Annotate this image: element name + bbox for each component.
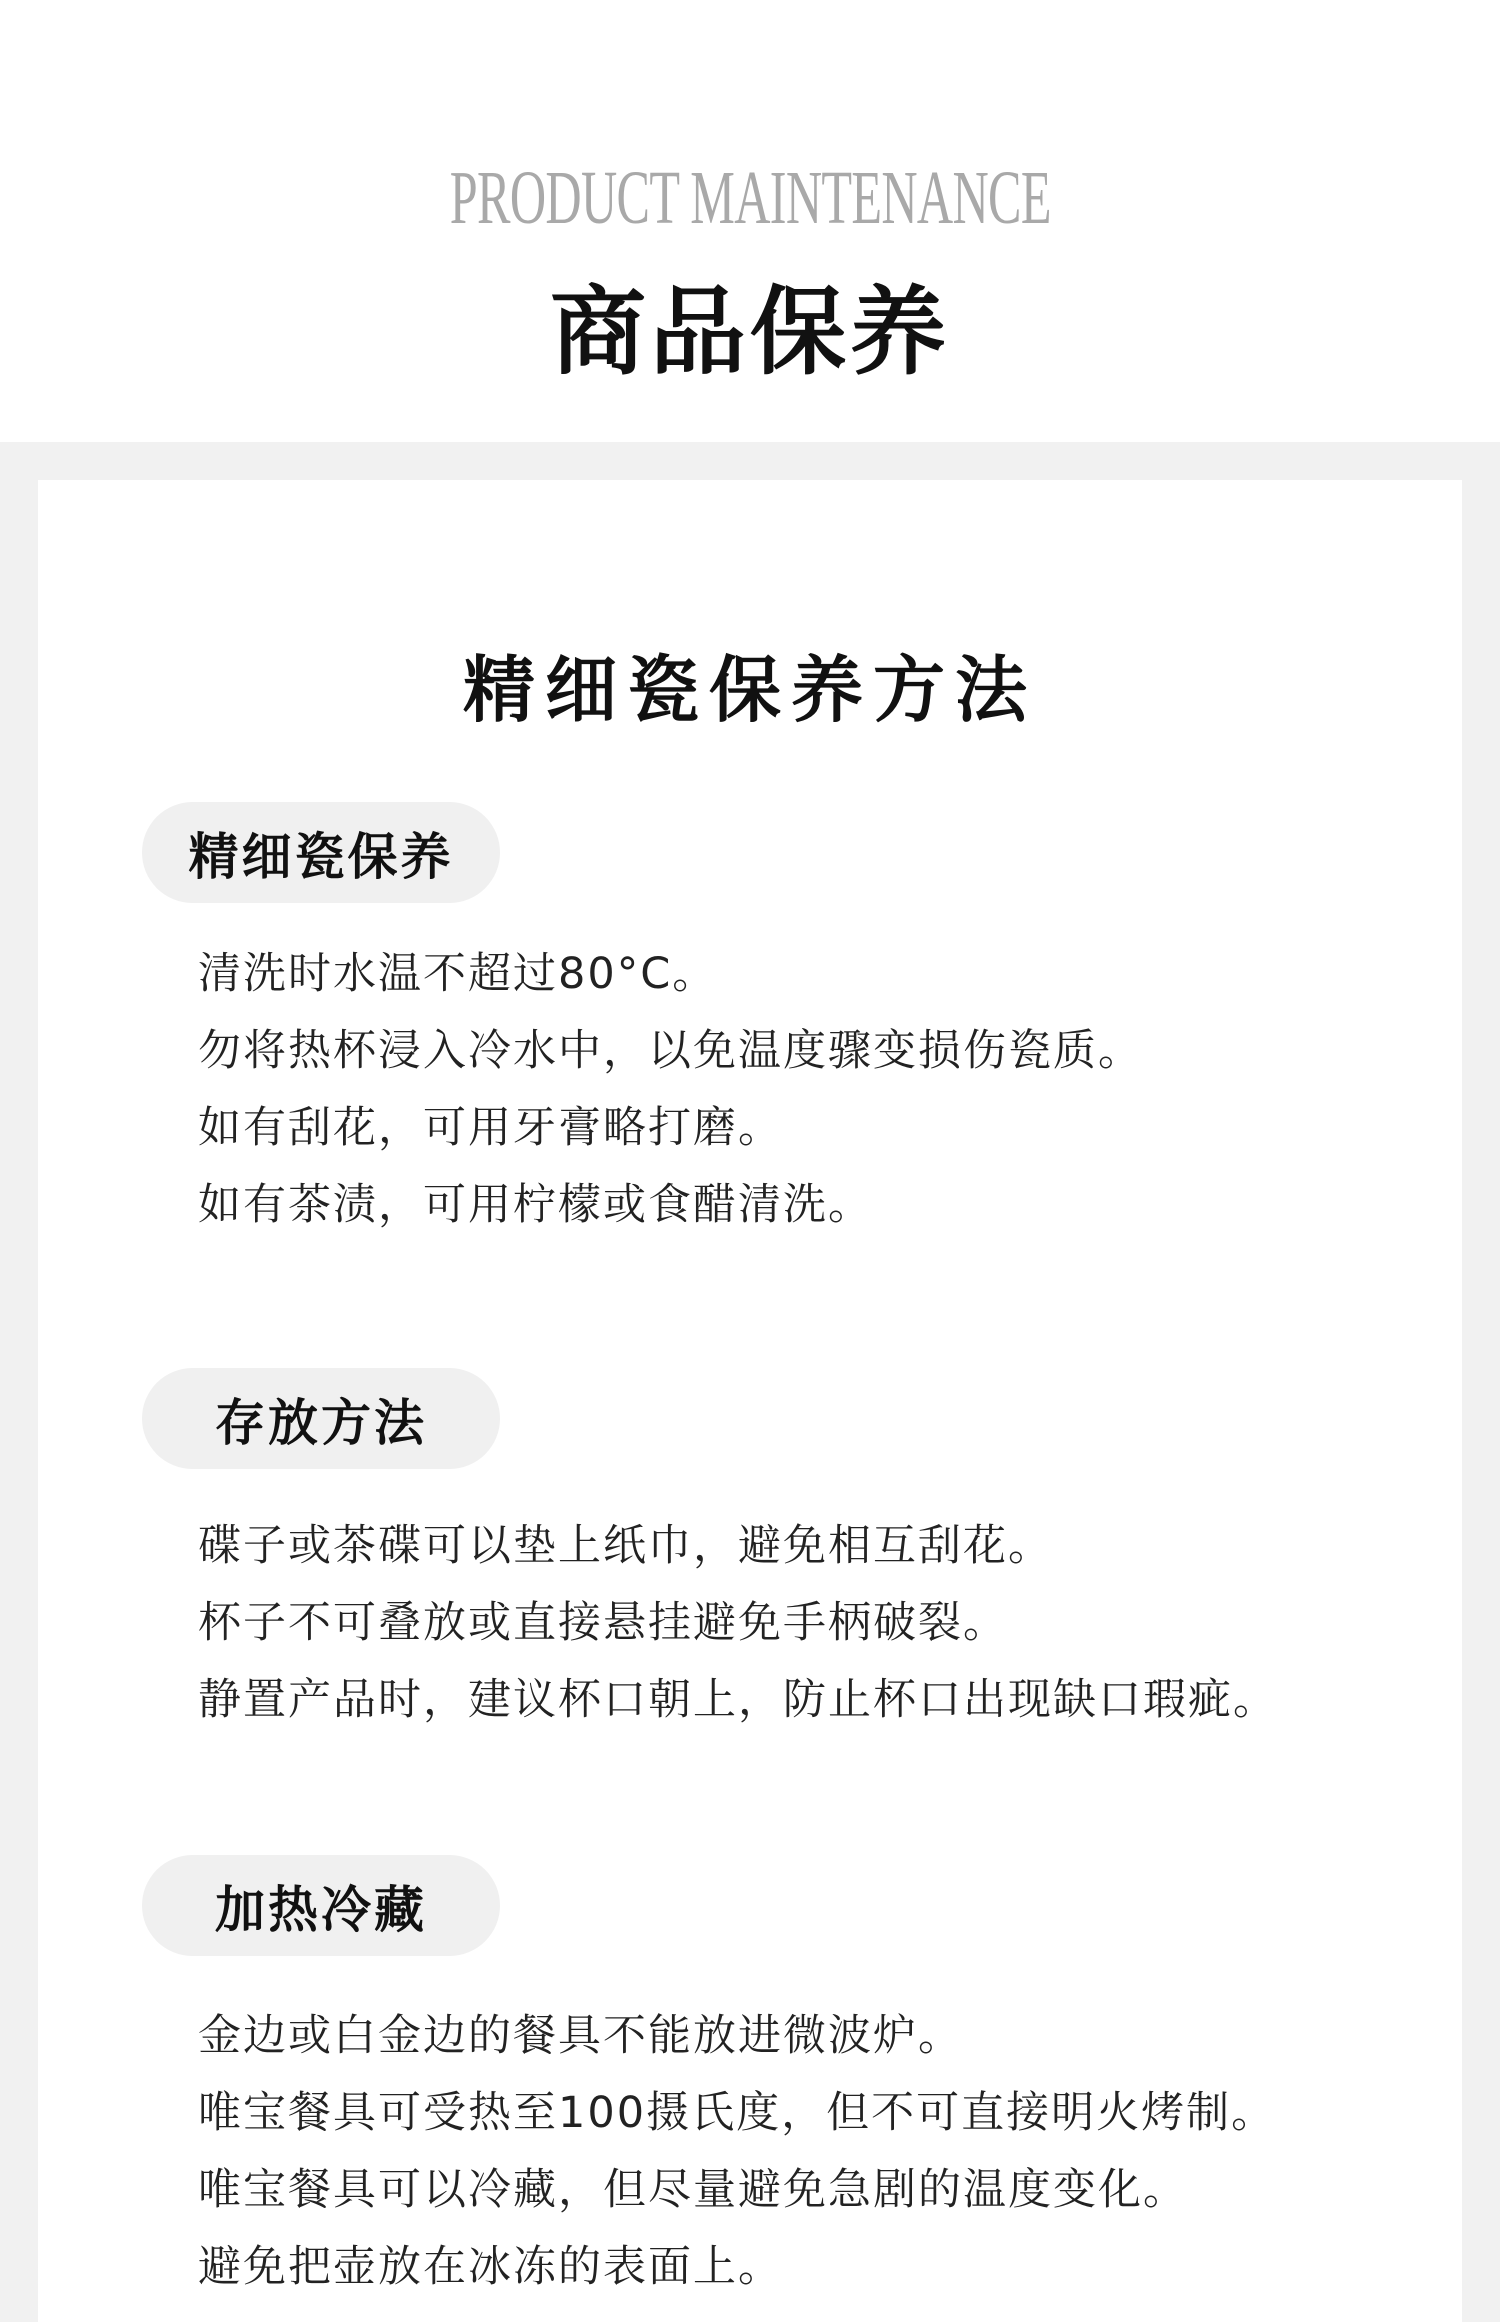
english-title-text: PRODUCT MAINTENANCE xyxy=(449,150,1050,246)
section-label-text: 精细瓷保养 xyxy=(189,817,454,889)
section-heating-refrigeration-lines: 金边或白金边的餐具不能放进微波炉。 唯宝餐具可受热至100摄氏度，但不可直接明火… xyxy=(198,1998,1438,2306)
list-item: 如有刮花，可用牙膏略打磨。 xyxy=(198,1090,1438,1167)
section-label-text: 加热冷藏 xyxy=(215,1870,427,1942)
page-header: PRODUCT MAINTENANCE 商品保养 xyxy=(0,0,1500,442)
list-item: 唯宝餐具可以冷藏，但尽量避免急剧的温度变化。 xyxy=(198,2152,1438,2229)
section-label-storage: 存放方法 xyxy=(142,1368,500,1469)
list-item: 勿将热杯浸入冷水中，以免温度骤变损伤瓷质。 xyxy=(198,1013,1438,1090)
section-label-heating-refrigeration: 加热冷藏 xyxy=(142,1855,500,1956)
section-storage-lines: 碟子或茶碟可以垫上纸巾，避免相互刮花。 杯子不可叠放或直接悬挂避免手柄破裂。 静… xyxy=(198,1508,1438,1739)
list-item: 如有茶渍，可用柠檬或食醋清洗。 xyxy=(198,1167,1438,1244)
english-title: PRODUCT MAINTENANCE xyxy=(0,150,1500,246)
list-item: 避免把壶放在冰冻的表面上。 xyxy=(198,2229,1438,2306)
section-label-text: 存放方法 xyxy=(215,1383,427,1455)
maintenance-card: 精细瓷保养方法 精细瓷保养 清洗时水温不超过80°C。 勿将热杯浸入冷水中，以免… xyxy=(38,480,1462,2322)
list-item: 金边或白金边的餐具不能放进微波炉。 xyxy=(198,1998,1438,2075)
section-label-porcelain-care: 精细瓷保养 xyxy=(142,802,500,903)
list-item: 清洗时水温不超过80°C。 xyxy=(198,936,1438,1013)
chinese-title: 商品保养 xyxy=(0,262,1500,402)
list-item: 碟子或茶碟可以垫上纸巾，避免相互刮花。 xyxy=(198,1508,1438,1585)
list-item: 静置产品时，建议杯口朝上，防止杯口出现缺口瑕疵。 xyxy=(198,1662,1438,1739)
section-porcelain-care-lines: 清洗时水温不超过80°C。 勿将热杯浸入冷水中，以免温度骤变损伤瓷质。 如有刮花… xyxy=(198,936,1438,1244)
list-item: 唯宝餐具可受热至100摄氏度，但不可直接明火烤制。 xyxy=(198,2075,1438,2152)
list-item: 杯子不可叠放或直接悬挂避免手柄破裂。 xyxy=(198,1585,1438,1662)
card-title: 精细瓷保养方法 xyxy=(38,635,1462,745)
